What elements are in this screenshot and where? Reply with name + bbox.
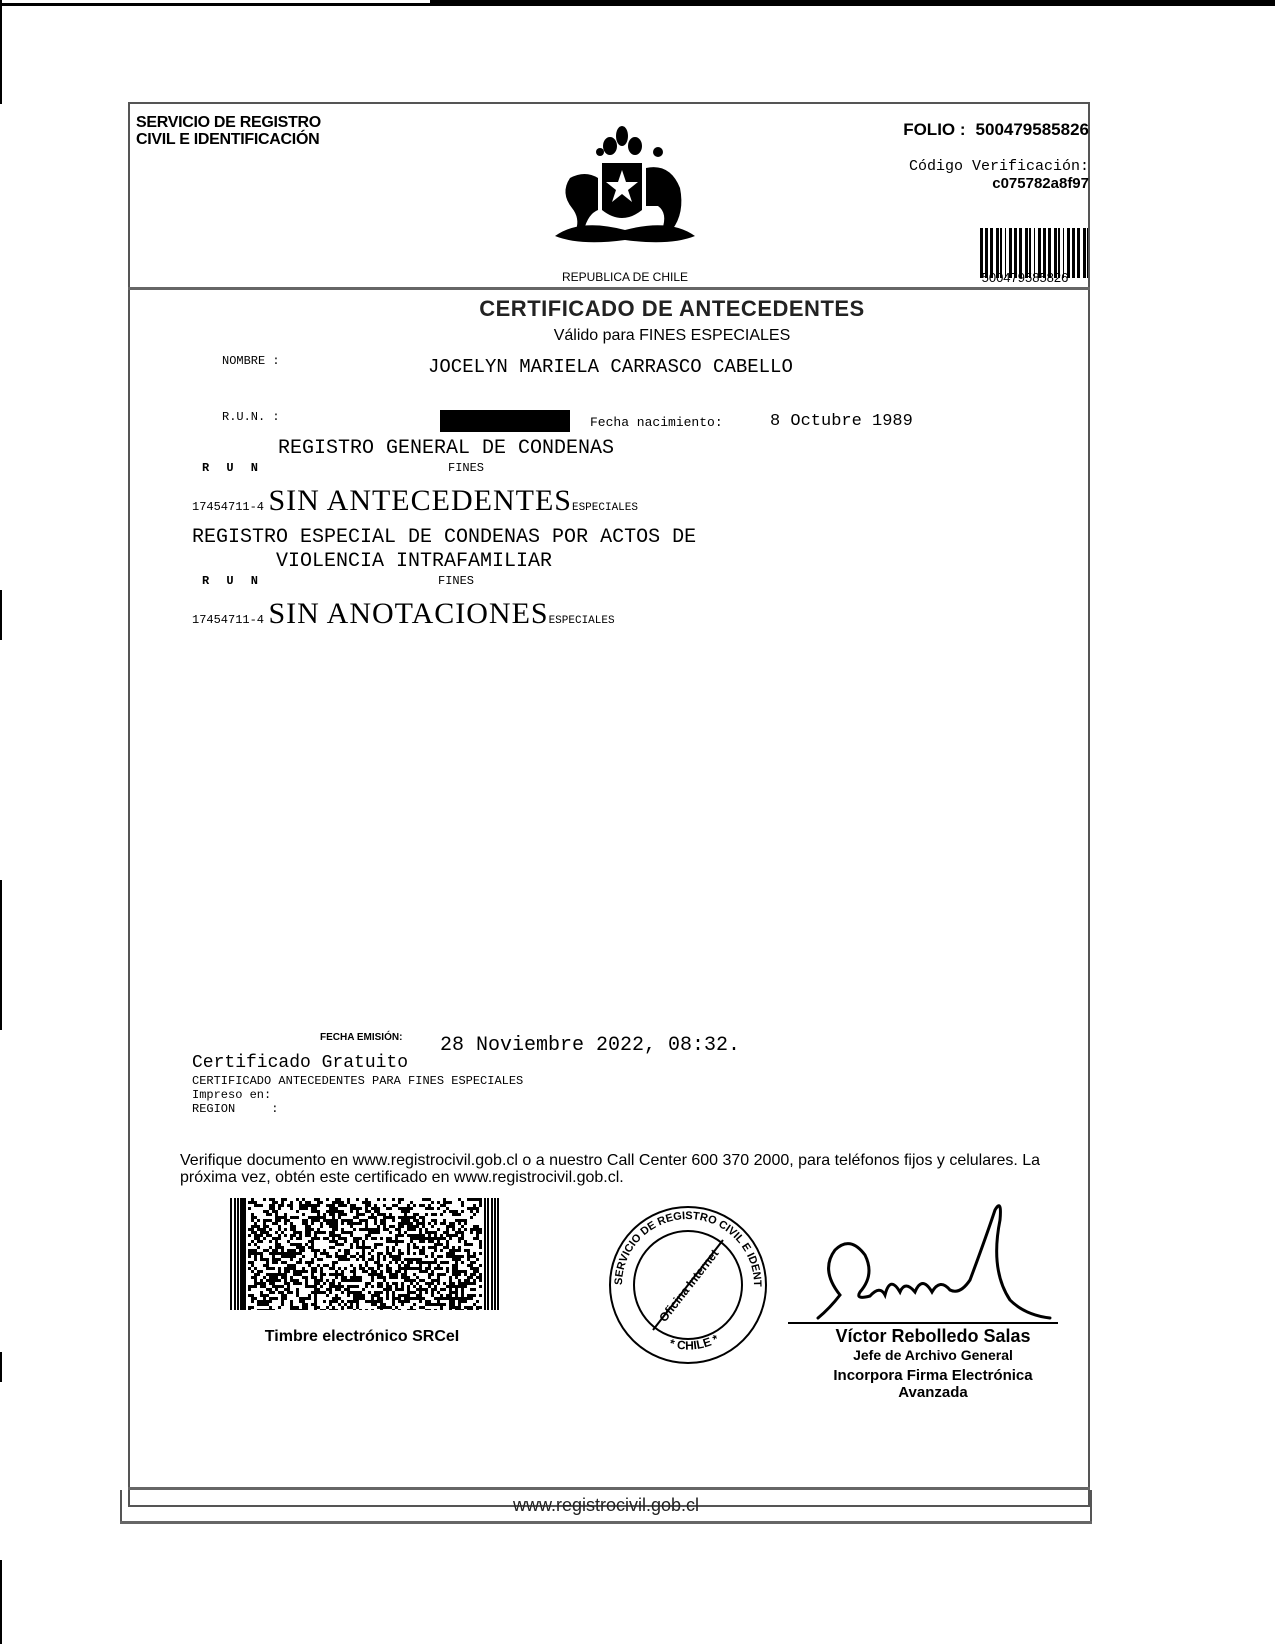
scan-top-edge-gap (0, 0, 430, 3)
register-status: SIN ANTECEDENTES (268, 484, 572, 517)
header-divider (128, 287, 1090, 290)
register-especial-result: 17454711-4 SIN ANOTACIONESESPECIALES (192, 597, 615, 631)
register-general-result: 17454711-4 SIN ANTECEDENTESESPECIALES (192, 484, 638, 518)
issuing-organization: SERVICIO DE REGISTRO CIVIL E IDENTIFICAC… (136, 114, 321, 148)
scan-left-edge (0, 1560, 2, 1644)
register-especial-title-line-2: VIOLENCIA INTRAFAMILIAR (192, 550, 696, 574)
certificate-title: CERTIFICADO DE ANTECEDENTES (128, 296, 1216, 322)
footer-bottom-border (120, 1521, 1092, 1524)
nombre-value: JOCELYN MARIELA CARRASCO CABELLO (428, 356, 793, 378)
firma-line-2: Avanzada (788, 1384, 1078, 1401)
birthdate-value: 8 Octubre 1989 (770, 412, 913, 431)
printed-at-label: Impreso en: (192, 1088, 523, 1102)
chile-coat-of-arms-icon (540, 118, 710, 258)
issue-date-label: FECHA EMISIÓN: (320, 1032, 402, 1043)
barcode-number: 500479585826 (962, 270, 1088, 285)
svg-text:* CHILE *: * CHILE * (668, 1332, 721, 1353)
register-status: SIN ANOTACIONES (268, 597, 548, 630)
folio-label: FOLIO : (903, 120, 965, 139)
certificate-type: CERTIFICADO ANTECEDENTES PARA FINES ESPE… (192, 1074, 523, 1088)
scan-left-edge (0, 880, 2, 1030)
register-especial-title: REGISTRO ESPECIAL DE CONDENAS POR ACTOS … (192, 526, 696, 574)
issue-date-value: 28 Noviembre 2022, 08:32. (440, 1034, 740, 1057)
scan-left-edge (0, 1352, 2, 1382)
electronic-stamp-label: Timbre electrónico SRCeI (222, 1328, 502, 1346)
fines-value: ESPECIALES (549, 615, 615, 627)
fines-column-header: FINES (448, 461, 484, 475)
svg-text:Oficina Internet: Oficina Internet (656, 1247, 721, 1325)
nombre-label: NOMBRE : (222, 354, 280, 368)
electronic-signature-note: Incorpora Firma Electrónica Avanzada (788, 1367, 1078, 1401)
official-seal-icon: SERVICIO DE REGISTRO CIVIL E IDENTIFICAC… (603, 1200, 773, 1370)
folio: FOLIO :500479585826 (903, 120, 1089, 140)
footer-website[interactable]: www.registrocivil.gob.cl (120, 1495, 1092, 1516)
organization-line-1: SERVICIO DE REGISTRO (136, 114, 321, 131)
folio-number: 500479585826 (976, 120, 1089, 139)
verification-code-label: Código Verificación: (909, 158, 1089, 175)
run-value: 17454711-4 (192, 500, 264, 514)
electronic-stamp-barcode (230, 1198, 500, 1310)
run-column-header: R U N (202, 574, 263, 588)
signature-icon (810, 1200, 1060, 1330)
certificate-subtitle: Válido para FINES ESPECIALES (128, 327, 1216, 345)
scan-left-edge (0, 590, 2, 640)
scan-left-edge (0, 0, 2, 104)
fines-value: ESPECIALES (572, 502, 638, 514)
crest-caption: REPUBLICA DE CHILE (540, 270, 710, 284)
organization-line-2: CIVIL E IDENTIFICACIÓN (136, 131, 321, 148)
svg-text:SERVICIO DE REGISTRO CIVIL E I: SERVICIO DE REGISTRO CIVIL E IDENTIFICAC… (603, 1200, 763, 1287)
birthdate-label: Fecha nacimiento: (590, 415, 723, 430)
run-column-header: R U N (202, 461, 263, 475)
signatory-name: Víctor Rebolledo Salas (788, 1326, 1078, 1347)
run-value: 17454711-4 (192, 613, 264, 627)
run-redaction (440, 410, 570, 432)
register-general-title: REGISTRO GENERAL DE CONDENAS (278, 437, 614, 460)
verification-code: c075782a8f97 (992, 175, 1089, 192)
register-especial-title-line-1: REGISTRO ESPECIAL DE CONDENAS POR ACTOS … (192, 526, 696, 550)
firma-line-1: Incorpora Firma Electrónica (788, 1367, 1078, 1384)
fines-column-header: FINES (438, 574, 474, 588)
issue-info: CERTIFICADO ANTECEDENTES PARA FINES ESPE… (192, 1074, 523, 1116)
signature-line (788, 1322, 1058, 1324)
region-label: REGION : (192, 1102, 523, 1116)
verification-notice: Verifique documento en www.registrocivil… (180, 1152, 1060, 1186)
free-certificate-label: Certificado Gratuito (192, 1053, 408, 1073)
signatory-role: Jefe de Archivo General (788, 1347, 1078, 1363)
run-label: R.U.N. : (222, 410, 280, 424)
